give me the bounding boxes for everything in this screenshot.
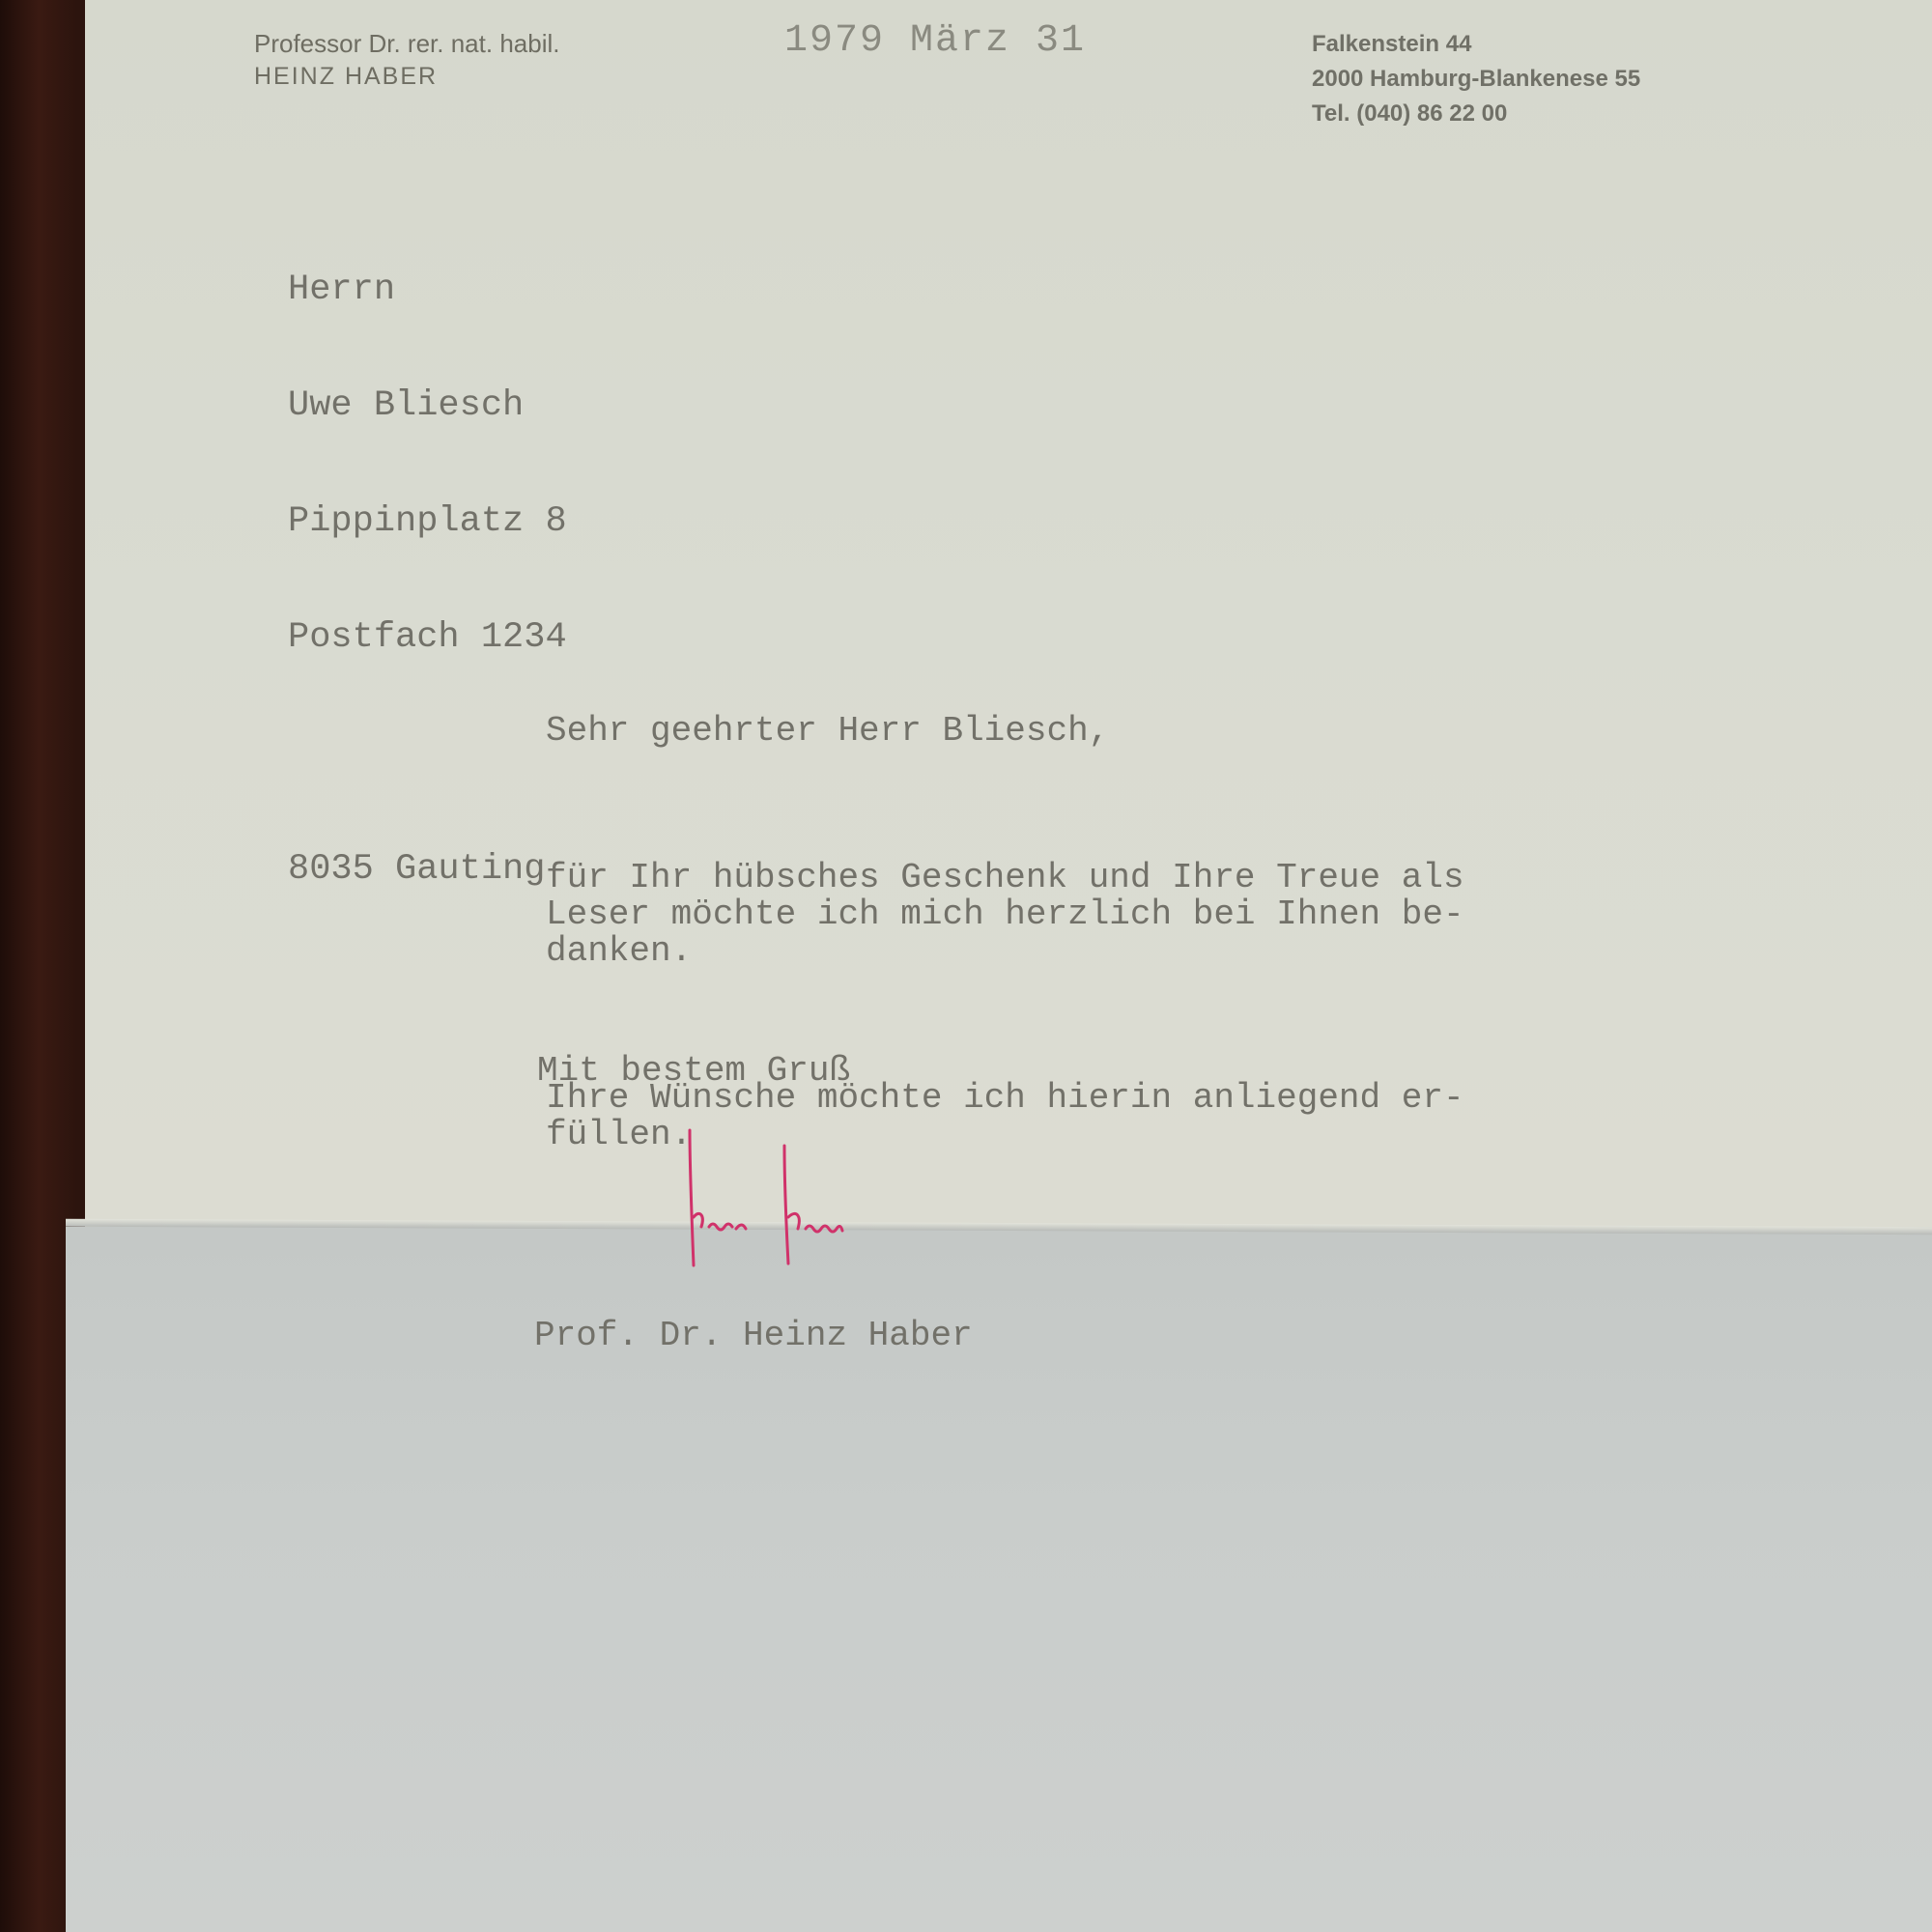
letter-paragraph-1: für Ihr hübsches Geschenk und Ihre Treue… xyxy=(546,860,1464,970)
sender-title: Professor Dr. rer. nat. habil. xyxy=(254,27,559,60)
handwritten-signature xyxy=(676,1121,889,1275)
recipient-po-box: Postfach 1234 xyxy=(288,618,567,657)
sender-name: HEINZ HABER xyxy=(254,60,559,93)
letter-greeting: Sehr geehrter Herr Bliesch, xyxy=(546,713,1464,750)
recipient-address: Herrn Uwe Bliesch Pippinplatz 8 Postfach… xyxy=(288,193,567,927)
sender-street: Falkenstein 44 xyxy=(1312,27,1640,62)
recipient-name: Uwe Bliesch xyxy=(288,386,567,425)
letter-closing: Mit bestem Gruß xyxy=(537,1051,850,1091)
signatory-name: Prof. Dr. Heinz Haber xyxy=(534,1316,973,1355)
recipient-city: 8035 Gauting xyxy=(288,850,567,889)
sender-phone: Tel. (040) 86 22 00 xyxy=(1312,97,1640,131)
recipient-salutation: Herrn xyxy=(288,270,567,309)
recipient-street: Pippinplatz 8 xyxy=(288,502,567,541)
letter-date: 1979 März 31 xyxy=(784,19,1086,63)
letterhead-address: Falkenstein 44 2000 Hamburg-Blankenese 5… xyxy=(1312,27,1640,131)
letterhead-sender: Professor Dr. rer. nat. habil. HEINZ HAB… xyxy=(254,27,559,93)
letter-paper-lower xyxy=(66,1227,1932,1932)
sender-city: 2000 Hamburg-Blankenese 55 xyxy=(1312,62,1640,97)
